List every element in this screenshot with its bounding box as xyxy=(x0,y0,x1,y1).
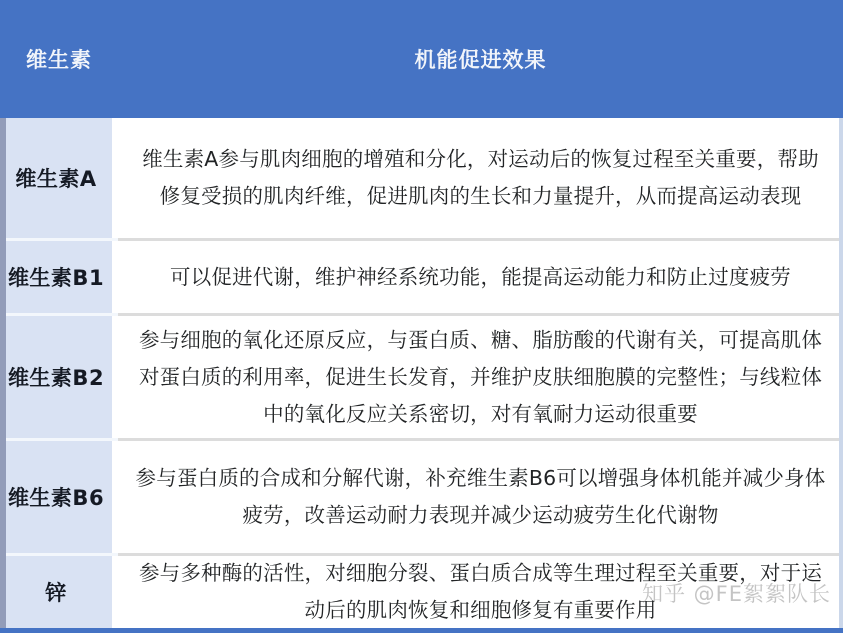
effect-cell: 参与细胞的氧化还原反应，与蛋白质、糖、脂肪酸的代谢有关，可提高肌体对蛋白质的利用… xyxy=(118,316,843,438)
table-row-vitamin-b2: 维生素B2 参与细胞的氧化还原反应，与蛋白质、糖、脂肪酸的代谢有关，可提高肌体对… xyxy=(0,316,843,438)
vitamin-name-cell: 维生素B2 xyxy=(0,316,112,438)
table-row-vitamin-a: 维生素A 维生素A参与肌肉细胞的增殖和分化，对运动后的恢复过程至关重要，帮助修复… xyxy=(0,118,843,238)
effect-cell: 参与蛋白质的合成和分解代谢，补充维生素B6可以增强身体机能并减少身体疲劳，改善运… xyxy=(118,441,843,553)
table-header-row: 维生素 机能促进效果 xyxy=(0,0,843,118)
table-row-vitamin-b1: 维生素B1 可以促进代谢，维护神经系统功能，能提高运动能力和防止过度疲劳 xyxy=(0,241,843,313)
vitamin-column-header: 维生素 xyxy=(0,0,118,118)
vitamin-name-cell: 维生素B6 xyxy=(0,441,112,553)
left-accent-strip xyxy=(0,118,6,628)
table-row-vitamin-b6: 维生素B6 参与蛋白质的合成和分解代谢，补充维生素B6可以增强身体机能并减少身体… xyxy=(0,441,843,553)
right-accent-strip xyxy=(839,118,843,628)
effect-cell: 维生素A参与肌肉细胞的增殖和分化，对运动后的恢复过程至关重要，帮助修复受损的肌肉… xyxy=(118,118,843,238)
bottom-accent-bar xyxy=(0,628,843,633)
effect-cell: 可以促进代谢，维护神经系统功能，能提高运动能力和防止过度疲劳 xyxy=(118,241,843,313)
table-row-zinc: 锌 参与多种酶的活性，对细胞分裂、蛋白质合成等生理过程至关重要，对于运动后的肌肉… xyxy=(0,556,843,628)
effect-column-header: 机能促进效果 xyxy=(118,0,843,118)
vitamin-name-cell: 维生素A xyxy=(0,118,112,238)
vitamin-name-cell: 维生素B1 xyxy=(0,241,112,313)
vitamin-name-cell: 锌 xyxy=(0,556,112,628)
effect-cell: 参与多种酶的活性，对细胞分裂、蛋白质合成等生理过程至关重要，对于运动后的肌肉恢复… xyxy=(118,556,843,628)
vitamin-effect-table: 维生素 机能促进效果 维生素A 维生素A参与肌肉细胞的增殖和分化，对运动后的恢复… xyxy=(0,0,843,633)
